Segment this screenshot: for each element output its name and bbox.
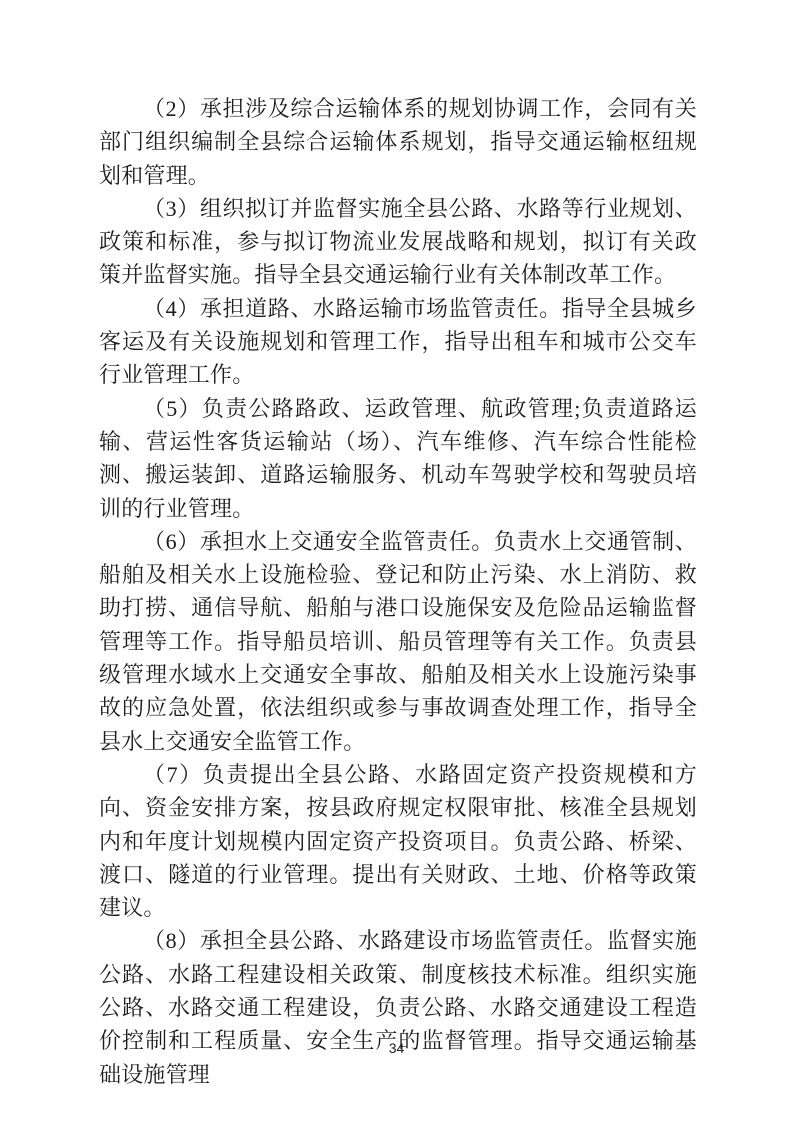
document-page: （2）承担涉及综合运输体系的规划协调工作，会同有关部门组织编制全县综合运输体系规… <box>0 0 793 1122</box>
paragraph-item-3: （3）组织拟订并监督实施全县公路、水路等行业规划、政策和标准，参与拟订物流业发展… <box>99 192 697 292</box>
page-number: 34 <box>0 1040 793 1056</box>
paragraph-item-6: （6）承担水上交通安全监管责任。负责水上交通管制、船舶及相关水上设施检验、登记和… <box>99 525 697 758</box>
paragraph-item-8: （8）承担全县公路、水路建设市场监管责任。监督实施公路、水路工程建设相关政策、制… <box>99 924 697 1090</box>
paragraph-item-2: （2）承担涉及综合运输体系的规划协调工作，会同有关部门组织编制全县综合运输体系规… <box>99 92 697 192</box>
paragraph-item-5: （5）负责公路路政、运政管理、航政管理;负责道路运输、营运性客货运输站（场）、汽… <box>99 392 697 525</box>
document-body: （2）承担涉及综合运输体系的规划协调工作，会同有关部门组织编制全县综合运输体系规… <box>99 92 697 1091</box>
paragraph-item-4: （4）承担道路、水路运输市场监管责任。指导全县城乡客运及有关设施规划和管理工作，… <box>99 292 697 392</box>
paragraph-item-7: （7）负责提出全县公路、水路固定资产投资规模和方向、资金安排方案，按县政府规定权… <box>99 758 697 924</box>
